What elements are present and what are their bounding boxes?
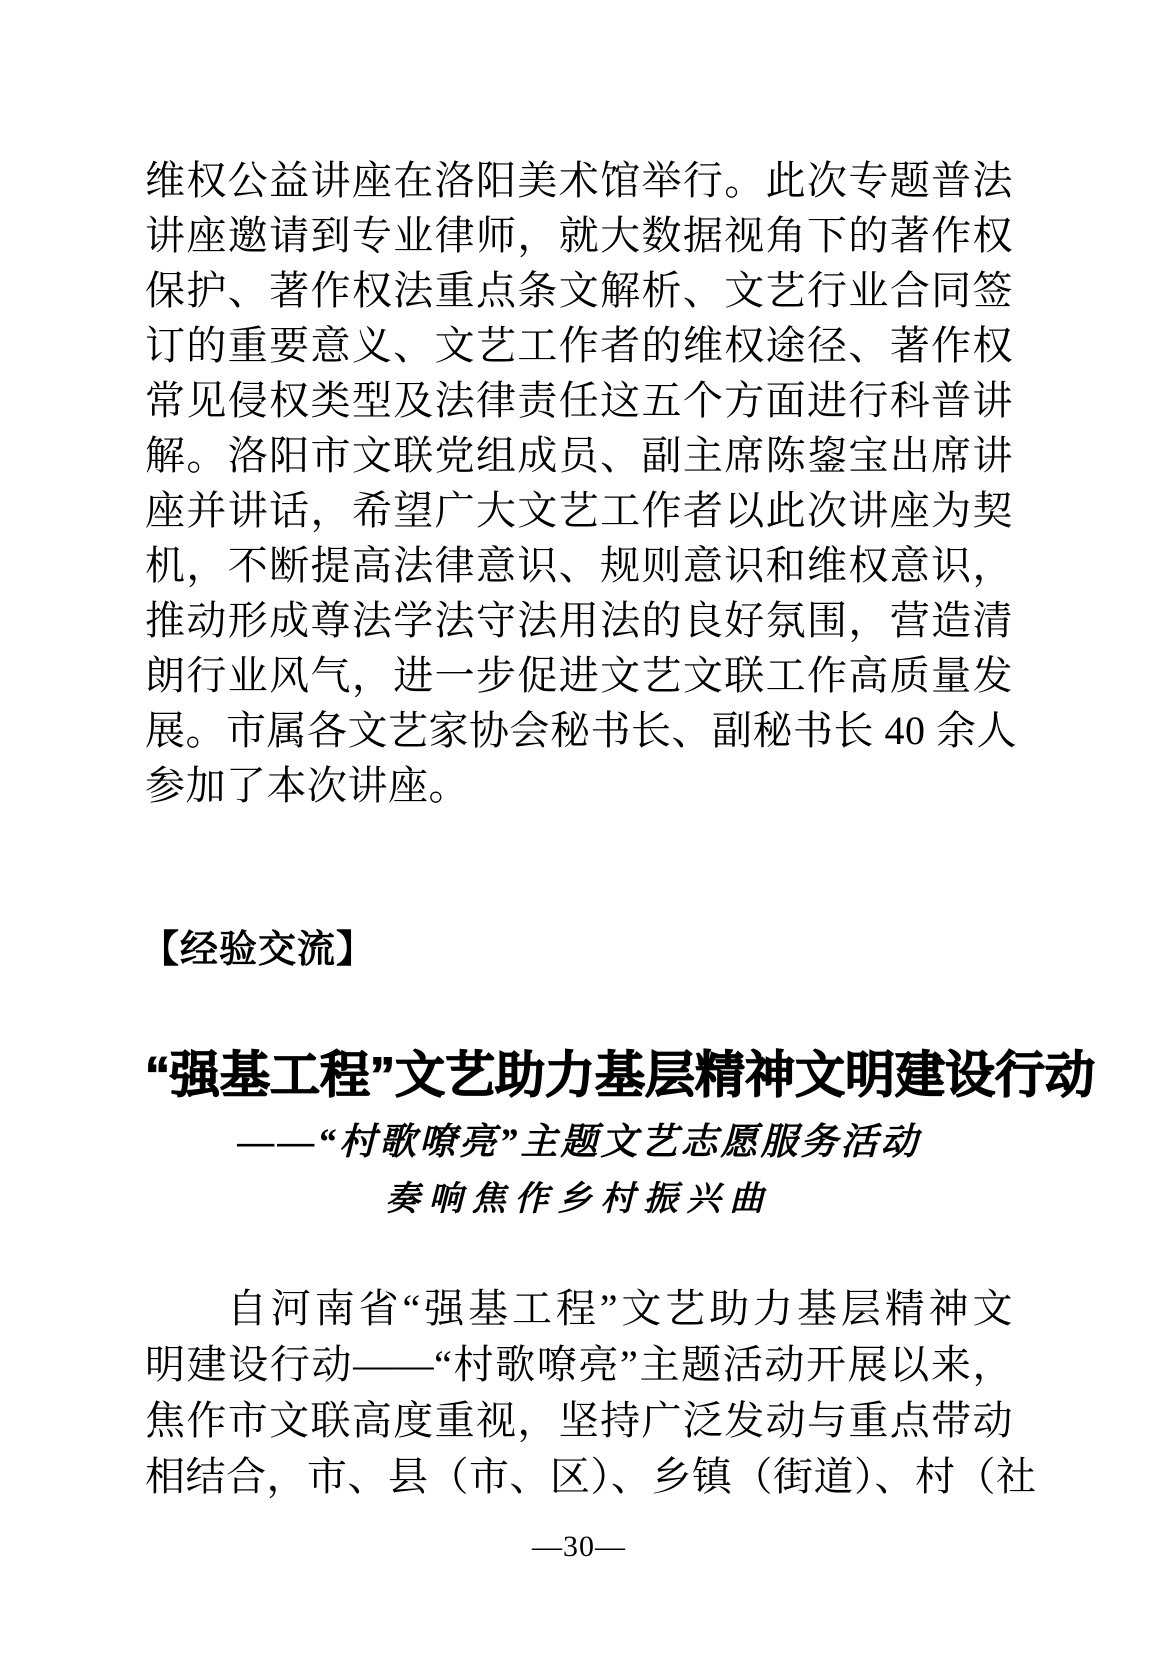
body-line: 座并讲话，希望广大文艺工作者以此次讲座为契 xyxy=(145,483,1013,538)
body-line: 维权公益讲座在洛阳美术馆举行。此次专题普法 xyxy=(145,153,1013,208)
body-line: 相结合，市、县（市、区）、乡镇（街道）、村（社 xyxy=(145,1449,1013,1505)
body-line: 讲座邀请到专业律师，就大数据视角下的著作权 xyxy=(145,208,1013,263)
body-line: 推动形成尊法学法守法用法的良好氛围，营造清 xyxy=(145,593,1013,648)
page-number: —30— xyxy=(0,1530,1158,1564)
article-body-paragraph: 自河南省“强基工程”文艺助力基层精神文 明建设行动——“村歌嘹亮”主题活动开展以… xyxy=(145,1281,1013,1505)
document-page: 维权公益讲座在洛阳美术馆举行。此次专题普法 讲座邀请到专业律师，就大数据视角下的… xyxy=(0,0,1158,1654)
body-line: 自河南省“强基工程”文艺助力基层精神文 xyxy=(145,1281,1013,1337)
article-subtitle-line-2: 奏响焦作乡村振兴曲 xyxy=(145,1181,1013,1219)
body-line: 常见侵权类型及法律责任这五个方面进行科普讲 xyxy=(145,373,1013,428)
body-line: 朗行业风气，进一步促进文艺文联工作高质量发 xyxy=(145,648,1013,703)
article-subtitle-line-1: ——“村歌嘹亮”主题文艺志愿服务活动 xyxy=(145,1122,1013,1164)
body-line: 机，不断提高法律意识、规则意识和维权意识， xyxy=(145,538,1013,593)
body-line: 展。市属各文艺家协会秘书长、副秘书长 40 余人 xyxy=(145,703,1013,758)
body-line: 参加了本次讲座。 xyxy=(145,758,1013,813)
body-line: 焦作市文联高度重视，坚持广泛发动与重点带动 xyxy=(145,1393,1013,1449)
body-line: 保护、著作权法重点条文解析、文艺行业合同签 xyxy=(145,263,1013,318)
body-line: 解。洛阳市文联党组成员、副主席陈鋆宝出席讲 xyxy=(145,428,1013,483)
section-label: 【经验交流】 xyxy=(141,928,375,972)
body-line: 订的重要意义、文艺工作者的维权途径、著作权 xyxy=(145,318,1013,373)
continued-paragraph: 维权公益讲座在洛阳美术馆举行。此次专题普法 讲座邀请到专业律师，就大数据视角下的… xyxy=(145,153,1013,813)
article-title: “强基工程”文艺助力基层精神文明建设行动 xyxy=(145,1047,1013,1103)
body-line: 明建设行动——“村歌嘹亮”主题活动开展以来， xyxy=(145,1337,1013,1393)
